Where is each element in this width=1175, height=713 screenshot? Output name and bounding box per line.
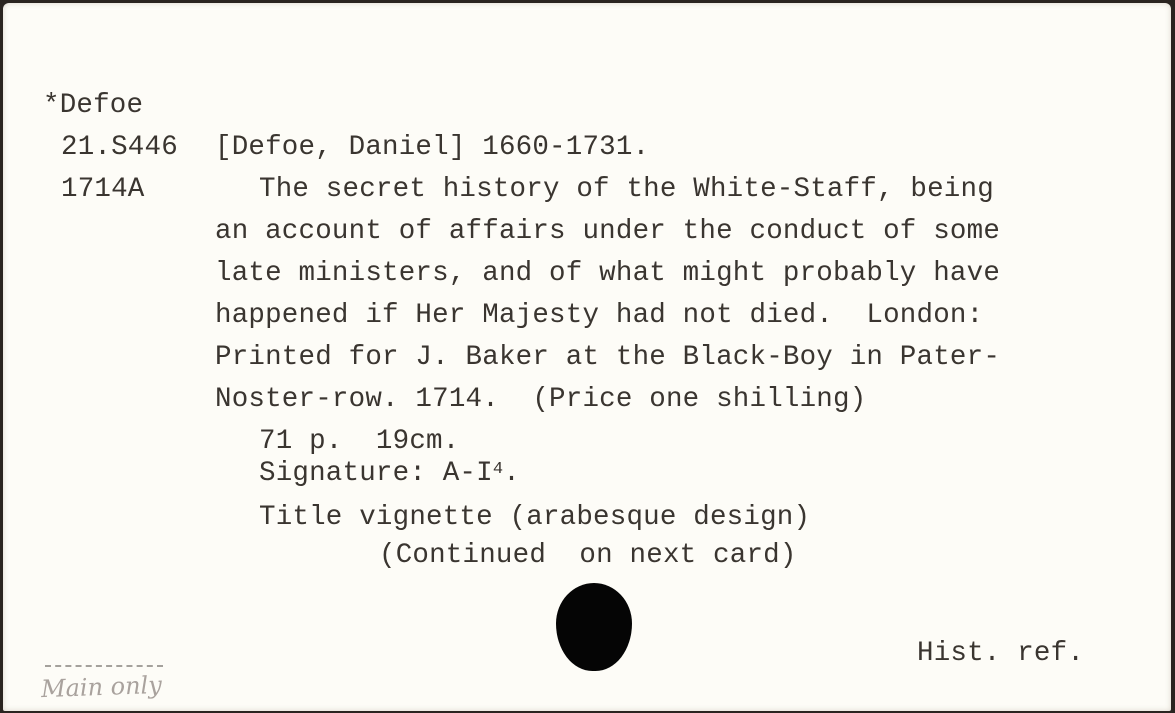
catalog-card: *Defoe 21.S446 1714A [Defoe, Daniel] 166… xyxy=(3,3,1171,711)
call-number-cutter: 1714A xyxy=(61,175,145,205)
title-line: The secret history of the White-Staff, b… xyxy=(259,175,994,205)
divider-mark xyxy=(45,665,163,670)
signature-note: Signature: A-I4. xyxy=(259,459,520,489)
signature-label: Signature: A-I xyxy=(259,458,493,489)
continued-note: (Continued on next card) xyxy=(379,541,797,571)
title-line: an account of affairs under the conduct … xyxy=(215,217,1000,247)
title-line: happened if Her Majesty had not died. Lo… xyxy=(215,301,983,331)
handwritten-note: Main only xyxy=(41,671,163,703)
author-line: [Defoe, Daniel] 1660-1731. xyxy=(215,133,649,163)
vignette-note: Title vignette (arabesque design) xyxy=(259,503,810,533)
collation: 71 p. 19cm. xyxy=(259,427,459,457)
signature-superscript: 4 xyxy=(493,460,503,479)
imprint-line: Noster-row. 1714. (Price one shilling) xyxy=(215,385,866,415)
signature-end: . xyxy=(503,458,520,489)
punch-hole xyxy=(556,583,632,671)
subject-tracing: Hist. ref. xyxy=(917,639,1084,669)
imprint-line: Printed for J. Baker at the Black-Boy in… xyxy=(215,343,1000,373)
title-line: late ministers, and of what might probab… xyxy=(215,259,1000,289)
main-heading: *Defoe xyxy=(43,91,143,121)
call-number-class: 21.S446 xyxy=(61,133,178,163)
